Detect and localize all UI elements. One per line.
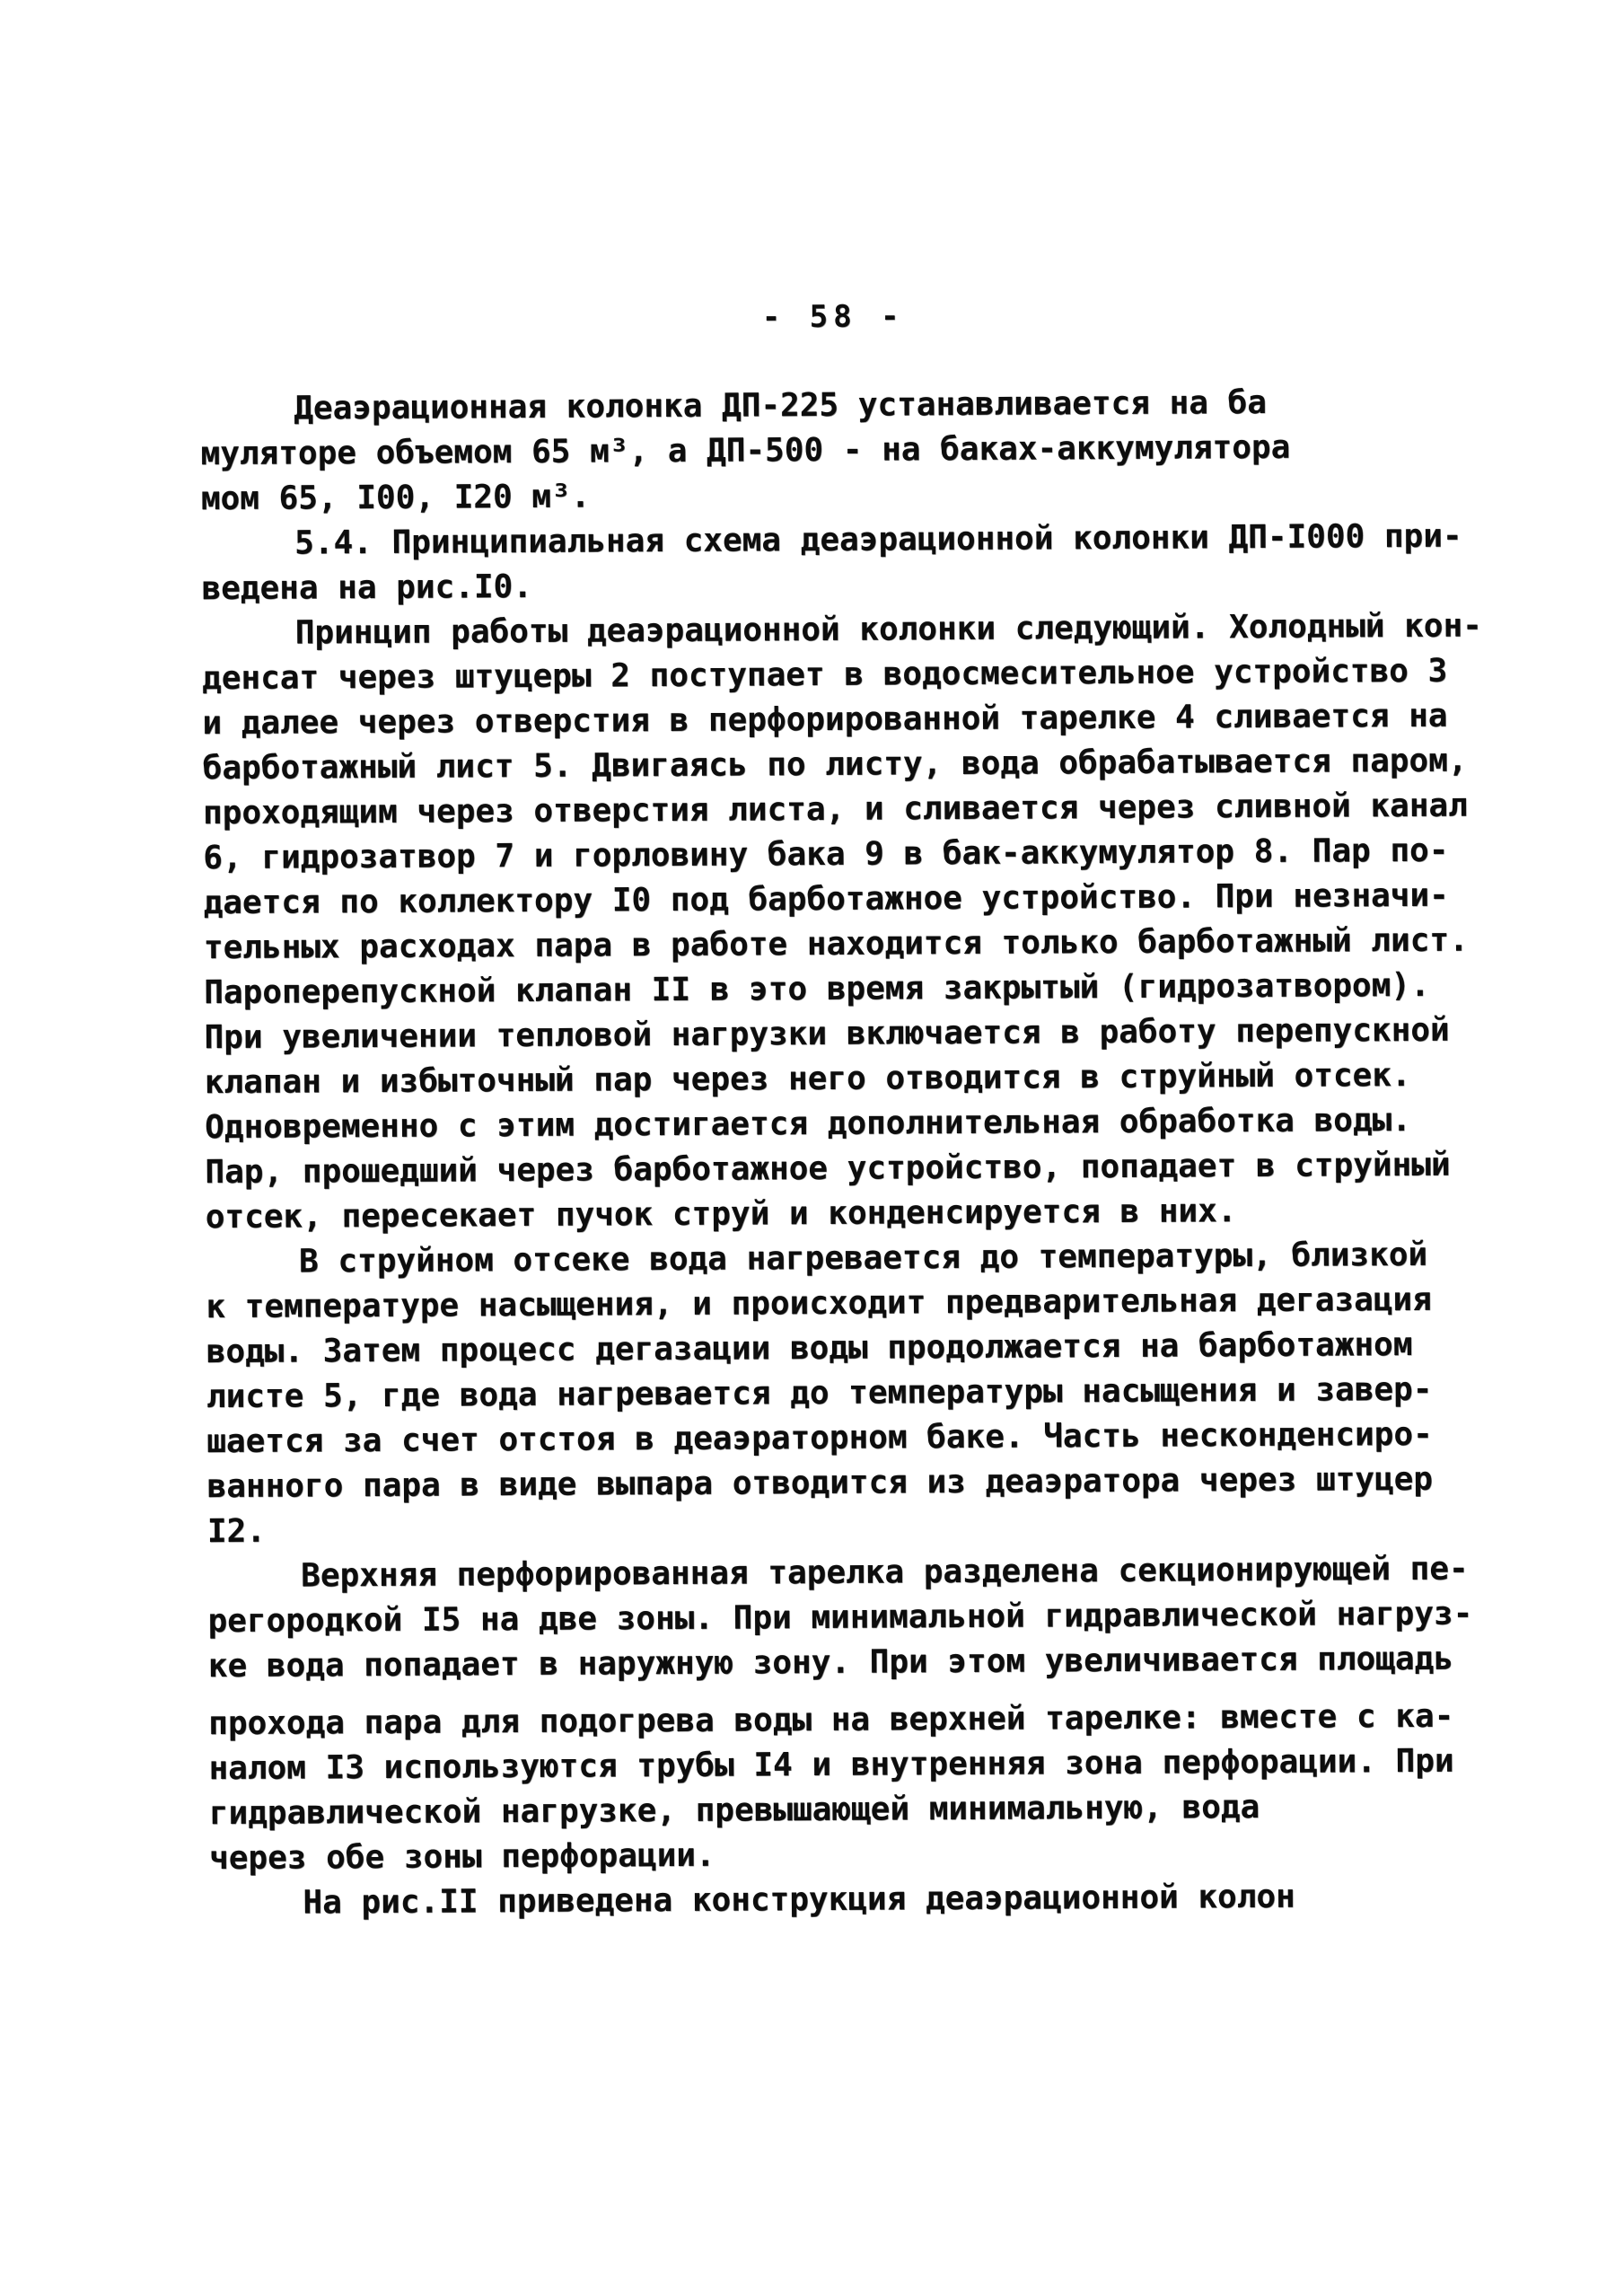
text-line: 6, гидрозатвор 7 и горловину бака 9 в ба… (203, 828, 1549, 881)
text-line: листе 5, где вода нагревается до темпера… (206, 1367, 1553, 1420)
text-line: I2. (207, 1501, 1554, 1554)
text-line: проходящим через отверстия листа, и слив… (203, 783, 1549, 836)
text-line: Пар, прошедший через барботажное устройс… (205, 1142, 1551, 1195)
text-line: Верхняя перфорированная тарелка разделен… (207, 1546, 1554, 1599)
paragraph: Верхняя перфорированная тарелка разделен… (207, 1546, 1556, 1881)
text-line: мом 65, I00, I20 м³. (201, 469, 1548, 522)
text-line: муляторе объемом 65 м³, а ДП-500 - на ба… (200, 424, 1547, 477)
text-line: отсек, пересекает пучок струй и конденси… (206, 1187, 1552, 1240)
page-number: - 58 - (200, 295, 1467, 339)
text-line: Деаэрационная колонка ДП-225 устанавлива… (200, 379, 1547, 432)
text-line: Одновременно с этим достигается дополнит… (205, 1097, 1551, 1150)
text-line: прохода пара для подогрева воды на верхн… (208, 1694, 1555, 1747)
text-line: барботажный лист 5. Двигаясь по листу, в… (203, 738, 1549, 791)
text-line: ке вода попадает в наружную зону. При эт… (208, 1636, 1555, 1689)
text-line: 5.4. Принципиальная схема деаэрационной … (201, 514, 1548, 567)
paragraph: Принцип работы деаэрационной колонки сле… (202, 603, 1552, 1240)
text-line: и далее через отверстия в перфорированно… (202, 693, 1549, 746)
paragraph: Деаэрационная колонка ДП-225 устанавлива… (200, 379, 1548, 522)
text-line: к температуре насыщения, и происходит пр… (206, 1277, 1552, 1330)
text-line: ведена на рис.I0. (201, 559, 1548, 612)
text-line: шается за счет отстоя в деаэраторном бак… (206, 1412, 1553, 1465)
text-line: воды. Затем процесс дегазации воды продо… (206, 1322, 1553, 1375)
text-line: В струйном отсеке вода нагревается до те… (206, 1232, 1552, 1285)
document-page: - 58 - Деаэрационная колонка ДП-225 уста… (0, 0, 1624, 2271)
text-line: налом I3 используются трубы I4 и внутрен… (208, 1738, 1555, 1791)
text-line: Принцип работы деаэрационной колонки сле… (202, 603, 1549, 656)
text-line: дается по коллектору I0 под барботажное … (203, 873, 1549, 926)
document-body: Деаэрационная колонка ДП-225 устанавлива… (200, 379, 1556, 1926)
scanned-text-area: - 58 - Деаэрационная колонка ДП-225 уста… (0, 0, 1624, 2271)
text-line: через обе зоны перфорации. (209, 1828, 1556, 1881)
paragraph: На рис.II приведена конструкция деаэраци… (209, 1873, 1556, 1926)
text-line: денсат через штуцеры 2 поступает в водос… (202, 648, 1549, 701)
text-line: гидравлической нагрузке, превышающей мин… (209, 1783, 1556, 1836)
text-line: регородкой I5 на две зоны. При минимальн… (207, 1591, 1554, 1644)
text-line: При увеличении тепловой нагрузки включае… (204, 1008, 1550, 1061)
text-line: Пароперепускной клапан II в это время за… (204, 963, 1550, 1016)
text-line: клапан и избыточный пар через него отвод… (205, 1052, 1551, 1105)
paragraph: В струйном отсеке вода нагревается до те… (206, 1232, 1554, 1554)
text-line: На рис.II приведена конструкция деаэраци… (209, 1873, 1556, 1926)
text-line: тельных расходах пара в работе находится… (204, 918, 1550, 971)
paragraph: 5.4. Принципиальная схема деаэрационной … (201, 514, 1549, 612)
text-line: ванного пара в виде выпара отводится из … (206, 1457, 1553, 1510)
